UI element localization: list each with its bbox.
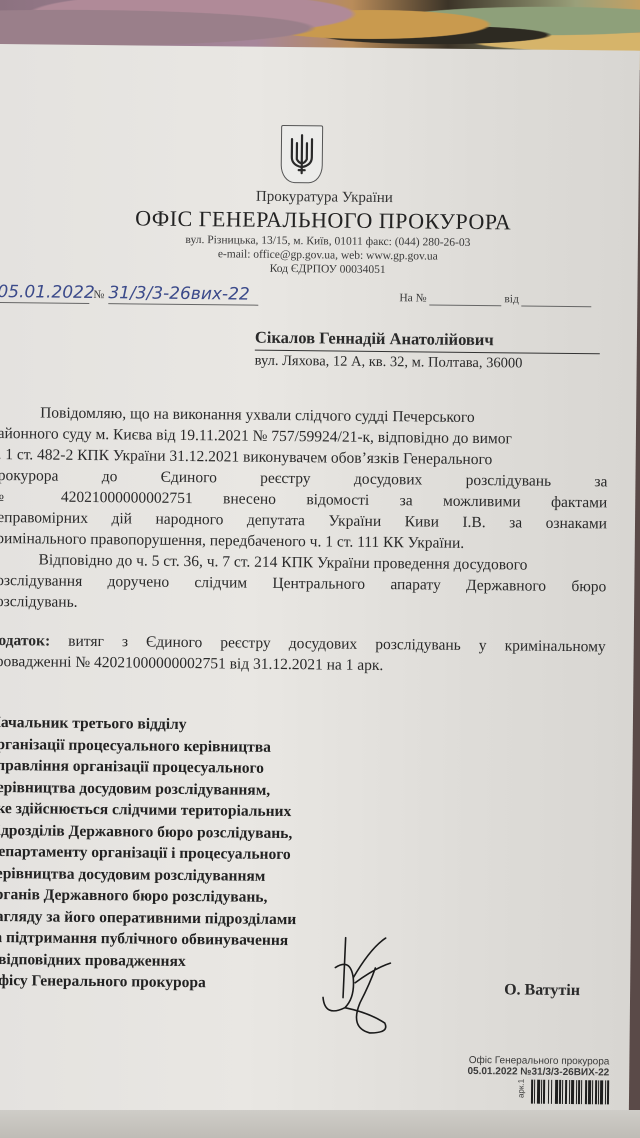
- handwritten-signature: [315, 927, 406, 1038]
- signer-title-line: управління організації процесуального: [0, 755, 369, 780]
- outgoing-number: 31/3/3-26вих-22: [108, 283, 258, 306]
- barcode: [531, 1080, 609, 1105]
- body-paragraph-1: Повідомляю, що на виконання ухвали слідч…: [0, 402, 608, 555]
- ref-from-label: від: [504, 293, 519, 305]
- outgoing-number-line: 05.01.2022 № 31/3/3-26вих-22: [0, 282, 287, 306]
- reference-line: На № від: [399, 292, 629, 307]
- org-edrpou: Код ЄДРПОУ 00034051: [138, 261, 518, 277]
- signer-title-line: органів Державного бюро розслідувань,: [0, 884, 367, 909]
- org-address: вул. Різницька, 13/15, м. Київ, 01011 фа…: [138, 233, 518, 249]
- signer-title-line: Офісу Генерального прокурора: [0, 970, 366, 995]
- attachment-label: Додаток:: [0, 632, 50, 650]
- signer-title: Начальник третього відділу організації п…: [0, 712, 369, 995]
- signer-title-line: Начальник третього відділу: [0, 712, 369, 737]
- ref-number-blank: [429, 293, 501, 307]
- org-parent: Прокуратура України: [224, 188, 424, 207]
- registration-stamp: Офіс Генерального прокурора 05.01.2022 №…: [459, 1055, 609, 1105]
- signer-title-line: та підтримання публічного обвинувачення: [0, 927, 367, 952]
- outgoing-date: 05.01.2022: [0, 282, 90, 304]
- ref-date-blank: [522, 293, 592, 307]
- stamp-sheet-label: арк.1: [516, 1085, 525, 1097]
- document-page: Прокуратура України ОФІС ГЕНЕРАЛЬНОГО ПР…: [0, 44, 640, 1138]
- stamp-reg-number: 05.01.2022 №31/3/3-26ВИХ-22: [459, 1066, 609, 1079]
- recipient-name: Сікалов Геннадій Анатолійович: [255, 328, 600, 355]
- signer-name: О. Ватутін: [504, 981, 580, 1000]
- signer-title-line: яке здійснюється слідчими територіальних: [0, 798, 368, 823]
- number-label: №: [93, 289, 104, 301]
- trident-emblem-icon: [281, 125, 324, 183]
- signer-title-line: Департаменту організації і процесуальног…: [0, 841, 368, 866]
- ref-label: На №: [399, 292, 426, 304]
- body-paragraph-2: Відповідно до ч. 5 ст. 36, ч. 7 ст. 214 …: [0, 549, 607, 618]
- trident-icon: [288, 133, 316, 175]
- recipient-address: вул. Ляхова, 12 А, кв. 32, м. Полтава, 3…: [255, 353, 600, 374]
- underlying-paper-edge: [0, 1110, 640, 1138]
- org-contacts: e-mail: office@gp.gov.ua, web: www.gp.go…: [138, 247, 518, 263]
- attachment-note: Додаток: витяг з Єдиного реєстру досудов…: [0, 630, 606, 678]
- org-name: ОФІС ГЕНЕРАЛЬНОГО ПРОКУРОРА: [108, 205, 538, 236]
